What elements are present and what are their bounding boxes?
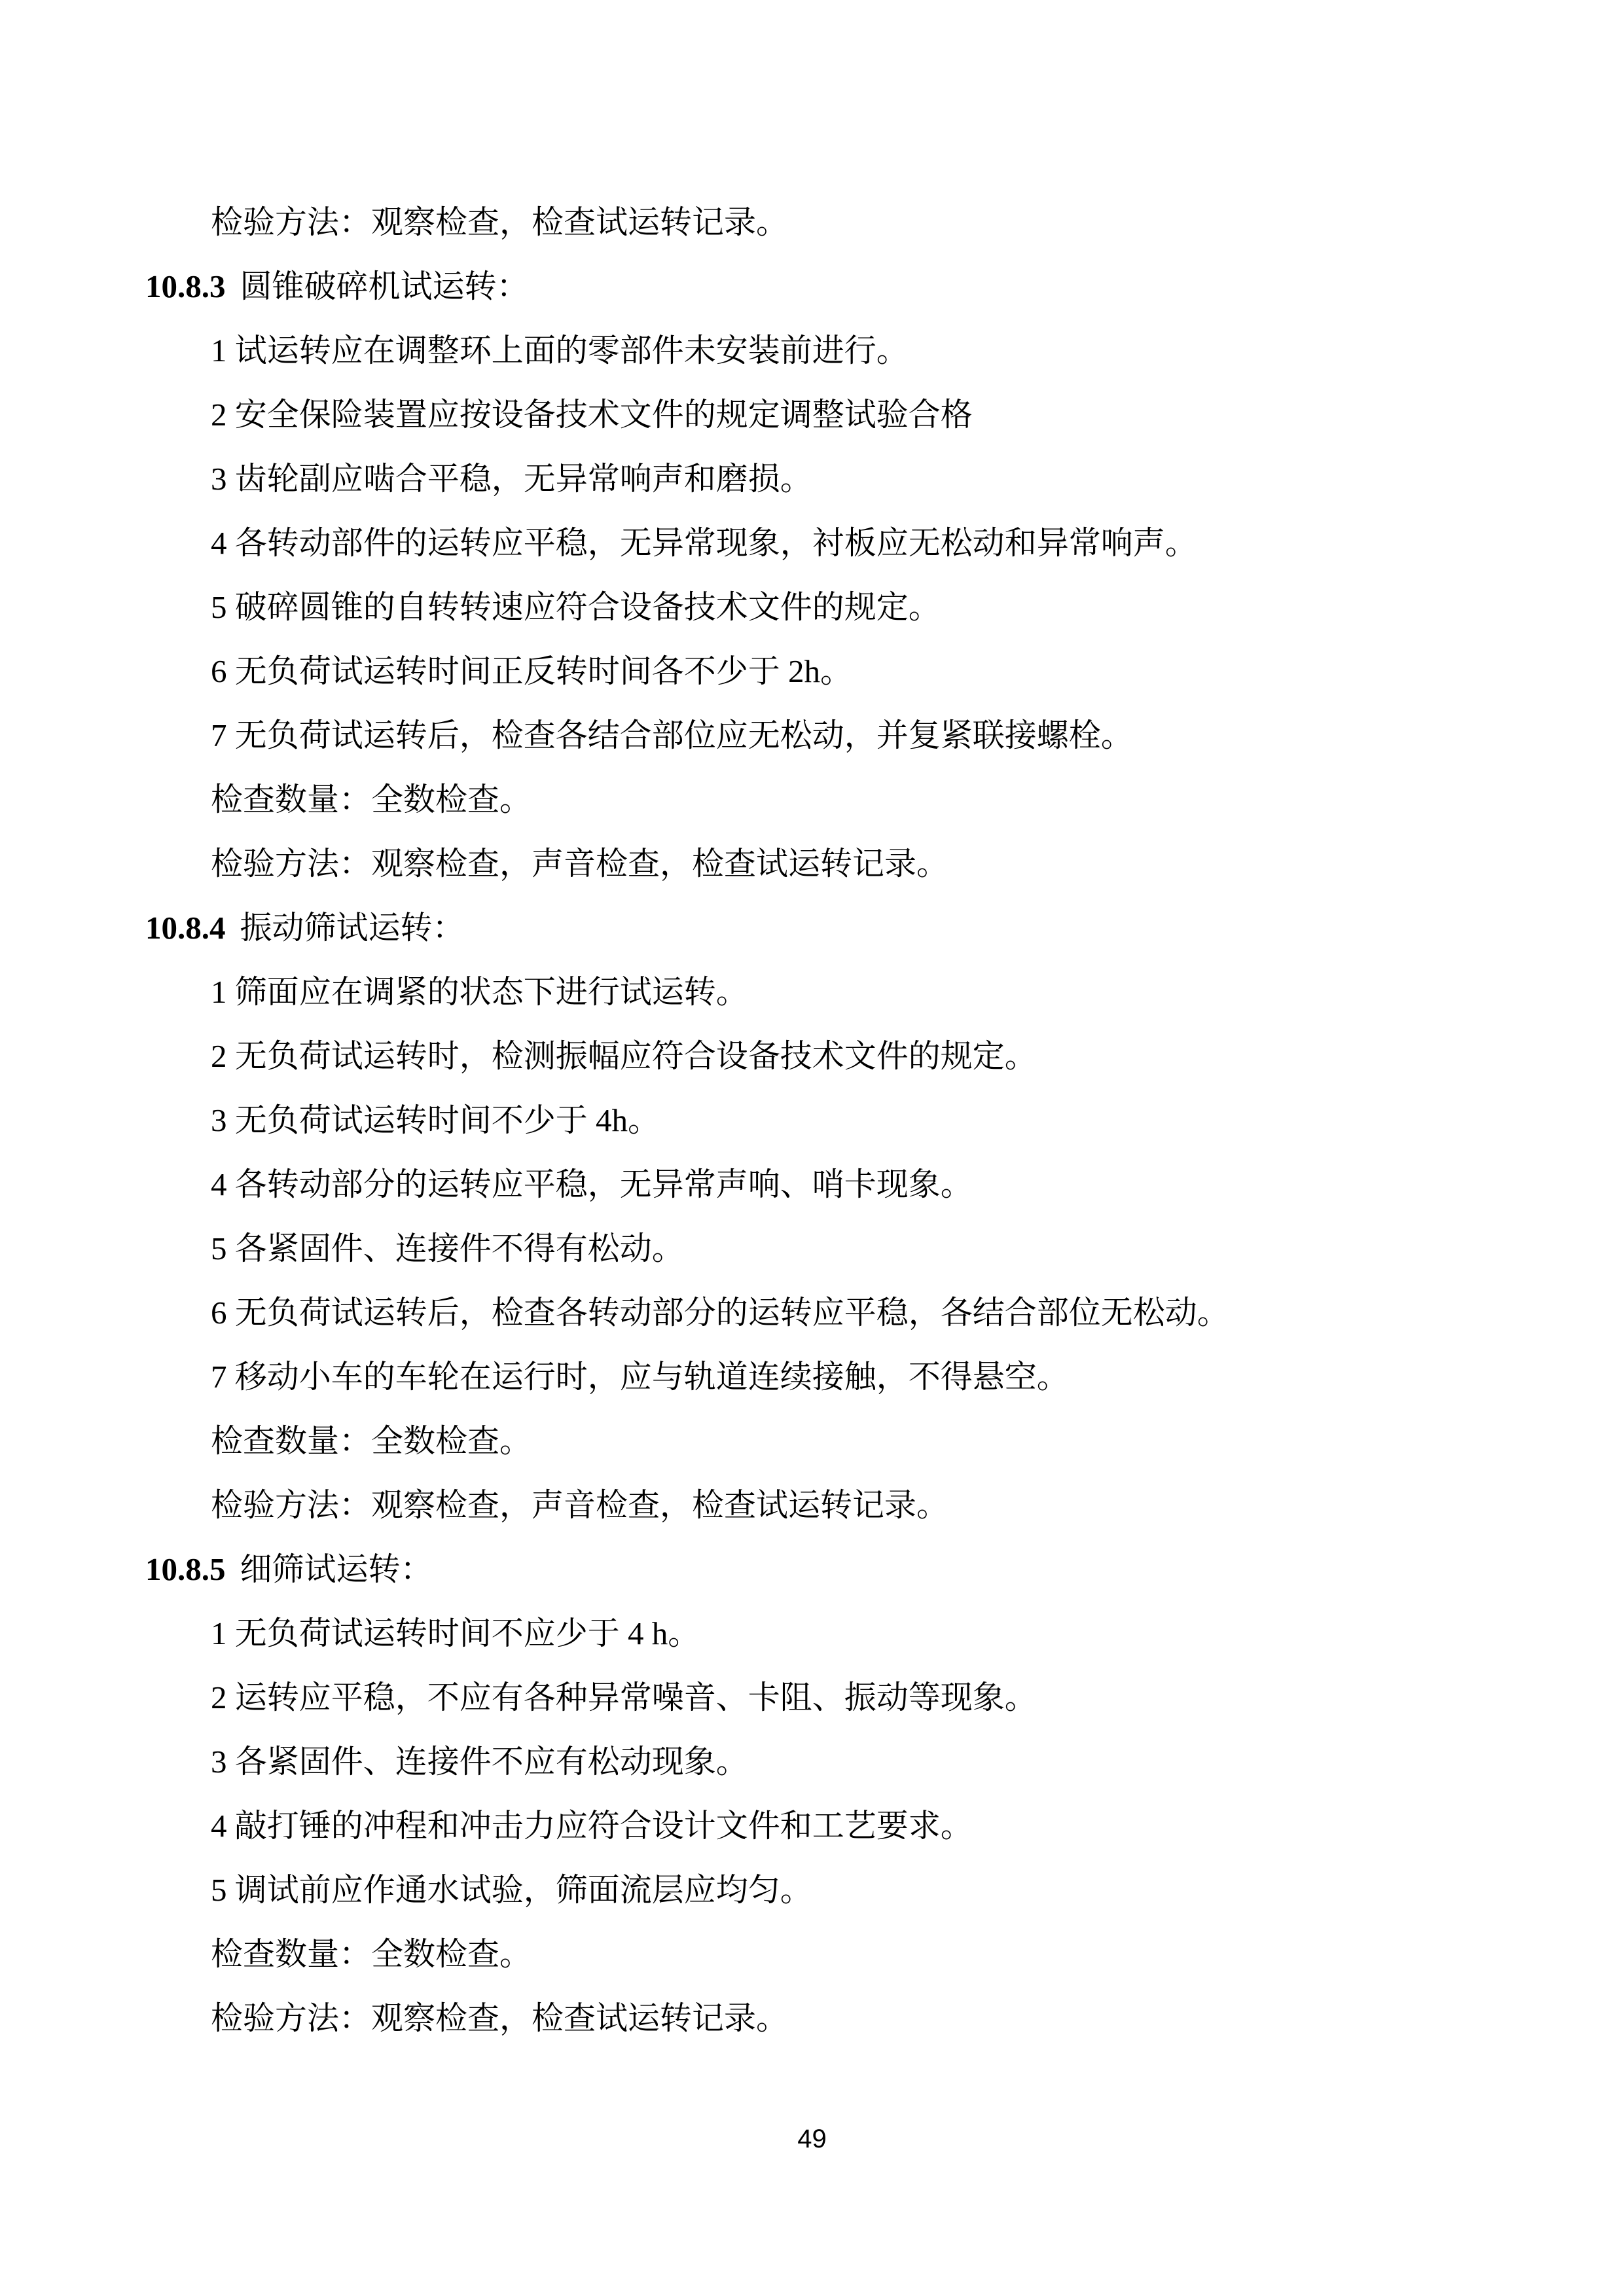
section-item-text: 5 调试前应作通水试验，筛面流层应均匀。: [211, 1872, 812, 1908]
section-item-text: 1 无负荷试运转时间不应少于 4 h。: [211, 1615, 700, 1651]
section-item-text: 4 敲打锤的冲程和冲击力应符合设计文件和工艺要求。: [211, 1808, 973, 1844]
section-item: 2 运转应平稳，不应有各种异常噪音、卡阻、振动等现象。: [145, 1666, 1481, 1730]
section-item: 检验方法：观察检查，检查试运转记录。: [145, 1986, 1481, 2051]
section-item: 2 无负荷试运转时，检测振幅应符合设备技术文件的规定。: [145, 1024, 1481, 1088]
section-item: 7 移动小车的车轮在运行时，应与轨道连续接触，不得悬空。: [145, 1345, 1481, 1409]
section-number: 10.8.5: [145, 1551, 226, 1587]
page-footer: 49: [0, 2119, 1624, 2159]
section-item-text: 3 无负荷试运转时间不少于 4h。: [211, 1102, 660, 1138]
section-item: 检验方法：观察检查，声音检查，检查试运转记录。: [145, 832, 1481, 896]
section-item-text: 6 无负荷试运转时间正反转时间各不少于 2h。: [211, 653, 852, 689]
section-item: 3 无负荷试运转时间不少于 4h。: [145, 1088, 1481, 1153]
section-item: 1 无负荷试运转时间不应少于 4 h。: [145, 1602, 1481, 1666]
section-title: 细筛试运转：: [240, 1551, 433, 1587]
section-item-text: 4 各转动部分的运转应平稳，无异常声响、哨卡现象。: [211, 1166, 973, 1202]
section-item: 5 调试前应作通水试验，筛面流层应均匀。: [145, 1858, 1481, 1922]
section-item: 检验方法：观察检查，声音检查，检查试运转记录。: [145, 1473, 1481, 1537]
section-item-text: 2 无负荷试运转时，检测振幅应符合设备技术文件的规定。: [211, 1038, 1037, 1074]
section-number: 10.8.4: [145, 910, 226, 946]
section-item-text: 1 筛面应在调紧的状态下进行试运转。: [211, 974, 748, 1010]
section-item-text: 2 安全保险装置应按设备技术文件的规定调整试验合格: [211, 397, 973, 433]
section-item: 6 无负荷试运转时间正反转时间各不少于 2h。: [145, 639, 1481, 704]
page-number: 49: [797, 2125, 827, 2153]
section-item: 4 各转动部分的运转应平稳，无异常声响、哨卡现象。: [145, 1153, 1481, 1217]
section-item: 检查数量：全数检查。: [145, 1409, 1481, 1473]
section-item: 7 无负荷试运转后，检查各结合部位应无松动，并复紧联接螺栓。: [145, 704, 1481, 768]
section-item-text: 7 移动小车的车轮在运行时，应与轨道连续接触，不得悬空。: [211, 1359, 1069, 1395]
section-item-text: 检验方法：观察检查，检查试运转记录。: [211, 2000, 788, 2036]
section-item-text: 检查数量：全数检查。: [211, 781, 532, 817]
section-item-text: 2 运转应平稳，不应有各种异常噪音、卡阻、振动等现象。: [211, 1679, 1037, 1715]
section-item: 检查数量：全数检查。: [145, 1922, 1481, 1986]
section-item-text: 4 各转动部件的运转应平稳，无异常现象，衬板应无松动和异常响声。: [211, 525, 1197, 561]
section-title: 振动筛试运转：: [240, 910, 465, 946]
section-item: 2 安全保险装置应按设备技术文件的规定调整试验合格: [145, 383, 1481, 447]
section-item: 6 无负荷试运转后，检查各转动部分的运转应平稳，各结合部位无松动。: [145, 1281, 1481, 1345]
section-item-text: 检查数量：全数检查。: [211, 1423, 532, 1459]
section-item: 4 各转动部件的运转应平稳，无异常现象，衬板应无松动和异常响声。: [145, 511, 1481, 575]
section-item-text: 5 各紧固件、连接件不得有松动。: [211, 1230, 684, 1266]
lead-paragraph: 检验方法：观察检查，检查试运转记录。: [145, 190, 1481, 255]
section-item: 1 试运转应在调整环上面的零部件未安装前进行。: [145, 319, 1481, 383]
section-number: 10.8.3: [145, 268, 226, 304]
document-content: 检验方法：观察检查，检查试运转记录。10.8.3圆锥破碎机试运转：1 试运转应在…: [145, 190, 1481, 2051]
document-page: 检验方法：观察检查，检查试运转记录。10.8.3圆锥破碎机试运转：1 试运转应在…: [0, 0, 1624, 2296]
section-item: 1 筛面应在调紧的状态下进行试运转。: [145, 960, 1481, 1024]
section-item: 3 齿轮副应啮合平稳，无异常响声和磨损。: [145, 447, 1481, 511]
section-title: 圆锥破碎机试运转：: [240, 268, 529, 304]
section-item-text: 5 破碎圆锥的自转转速应符合设备技术文件的规定。: [211, 589, 941, 625]
section-item-text: 检验方法：观察检查，声音检查，检查试运转记录。: [211, 846, 948, 882]
section-heading: 10.8.5细筛试运转：: [145, 1537, 1481, 1602]
section-item: 5 各紧固件、连接件不得有松动。: [145, 1217, 1481, 1281]
section-item: 检查数量：全数检查。: [145, 768, 1481, 832]
section-item-text: 6 无负荷试运转后，检查各转动部分的运转应平稳，各结合部位无松动。: [211, 1295, 1229, 1331]
section-item-text: 1 试运转应在调整环上面的零部件未安装前进行。: [211, 332, 909, 368]
lead-paragraph-text: 检验方法：观察检查，检查试运转记录。: [211, 204, 788, 240]
section-item-text: 3 齿轮副应啮合平稳，无异常响声和磨损。: [211, 461, 812, 497]
section-item-text: 检查数量：全数检查。: [211, 1936, 532, 1972]
section-heading: 10.8.3圆锥破碎机试运转：: [145, 255, 1481, 319]
section-item: 5 破碎圆锥的自转转速应符合设备技术文件的规定。: [145, 575, 1481, 639]
section-item: 3 各紧固件、连接件不应有松动现象。: [145, 1730, 1481, 1794]
section-item-text: 检验方法：观察检查，声音检查，检查试运转记录。: [211, 1487, 948, 1523]
section-item-text: 3 各紧固件、连接件不应有松动现象。: [211, 1744, 748, 1780]
section-item: 4 敲打锤的冲程和冲击力应符合设计文件和工艺要求。: [145, 1794, 1481, 1858]
section-item-text: 7 无负荷试运转后，检查各结合部位应无松动，并复紧联接螺栓。: [211, 717, 1133, 753]
section-heading: 10.8.4振动筛试运转：: [145, 896, 1481, 960]
